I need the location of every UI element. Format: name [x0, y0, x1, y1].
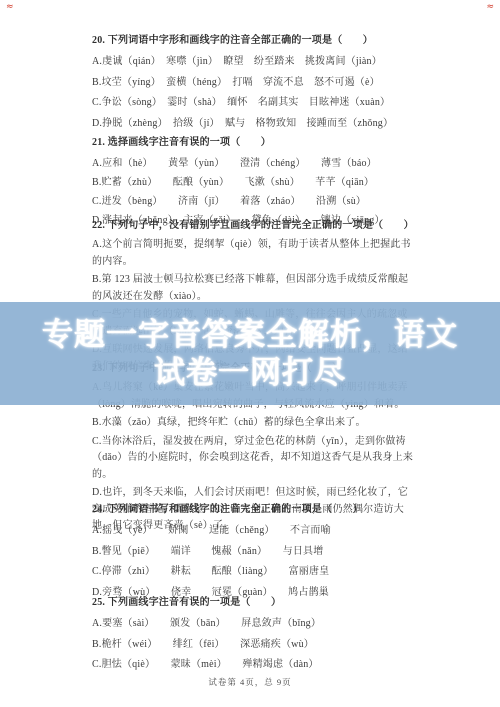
exam-paper-page: ≈ ≈ 20. 下列词语中字形和画线字的注音全部正确的一项是（ ） A.虔诚（q…	[0, 0, 500, 707]
option-c: C.迸发（bèng） 济南（jǐ） 着落（zháo） 沿溯（sù）	[92, 192, 414, 211]
option-b: B.桅杆（wéi） 绯红（fēi） 深恶痛疾（wù）	[92, 635, 414, 654]
red-corner-mark-icon: ≈	[486, 3, 493, 12]
option-c: C.争讼（sòng） 霎时（shà） 缅怀 名副其实 目眩神迷（xuàn）	[92, 93, 414, 114]
banner-title-line-2: 试卷一网打尽	[154, 354, 346, 392]
banner-title-line-1: 专题一字音答案全解析，语文	[42, 316, 458, 354]
question-title: 24. 下列词语书写和画线字的注音完全正确的一项是（ ）	[92, 500, 414, 519]
question-title: 25. 下列画线字注音有误的一项是（ ）	[92, 593, 414, 612]
option-c: C.停滞（zhì） 耕耘 酝酿（liàng） 富丽唐皇	[92, 562, 414, 581]
watermark-overlay-banner: 专题一字音答案全解析，语文 试卷一网打尽	[0, 302, 500, 405]
option-b: B.贮蓄（zhù） 酝酿（yùn） 飞漱（shù） 芊芊（qiān）	[92, 173, 414, 192]
option-c: C.胆怯（qiè） 蒙昧（mèi） 殚精竭虑（dàn）	[92, 655, 414, 674]
question-24: 24. 下列词语书写和画线字的注音完全正确的一项是（ ） A.摇曳（yè） 娇阑…	[92, 500, 414, 603]
option-d: D.挣脱（zhèng） 拾级（jí） 赋与 格物致知 接踵而至（zhǒng）	[92, 114, 414, 135]
question-title: 22. 下列句子中，没有错别字且画线字的注音完全正确的一项是（ ）	[92, 216, 414, 235]
option-b: B.水藻（zǎo）真绿，把终年贮（chǔ）蓄的绿色全拿出来了。	[92, 415, 414, 432]
question-20: 20. 下列词语中字形和画线字的注音全部正确的一项是（ ） A.虔诚（qián）…	[92, 31, 414, 134]
option-b: B.瞥见（piē） 端详 愧赧（nǎn） 与日具增	[92, 542, 414, 561]
option-a: A.虔诚（qián） 寒噤（jìn） 瞭望 纷至踏来 挑拨离间（jiàn）	[92, 52, 414, 73]
page-number-footer: 试卷第 4页，总 9页	[0, 676, 500, 688]
option-a: A.摇曳（yè） 娇阑 逞能（chěng） 不言而喻	[92, 521, 414, 540]
option-a: A.要塞（sài） 颁发（bān） 屏息敛声（bǐng）	[92, 614, 414, 633]
red-corner-mark-icon: ≈	[6, 3, 13, 12]
option-a: A.这个前言简明扼要，提纲挈（qiè）领，有助于读者从整体上把握此书的内容。	[92, 237, 414, 270]
question-title: 21. 选择画线字注音有误的一项（ ）	[92, 133, 414, 152]
option-a: A.应和（hè） 黄晕（yùn） 澄清（chéng） 薄雪（báo）	[92, 154, 414, 173]
option-b: B.坟茔（yíng） 蛮横（héng） 打嗝 穿流不息 怒不可遏（è）	[92, 73, 414, 94]
option-c: C.当你沐浴后，湿发披在两肩，穿过金色花的林荫（yīn），走到你做祷（dǎo）告…	[92, 434, 414, 484]
question-25: 25. 下列画线字注音有误的一项是（ ） A.要塞（sài） 颁发（bān） 屏…	[92, 593, 414, 676]
question-title: 20. 下列词语中字形和画线字的注音全部正确的一项是（ ）	[92, 31, 414, 50]
option-b: B.第 123 届波士顿马拉松赛已经落下帷幕，但因部分选手成绩反常酿起的风波还在…	[92, 272, 414, 305]
